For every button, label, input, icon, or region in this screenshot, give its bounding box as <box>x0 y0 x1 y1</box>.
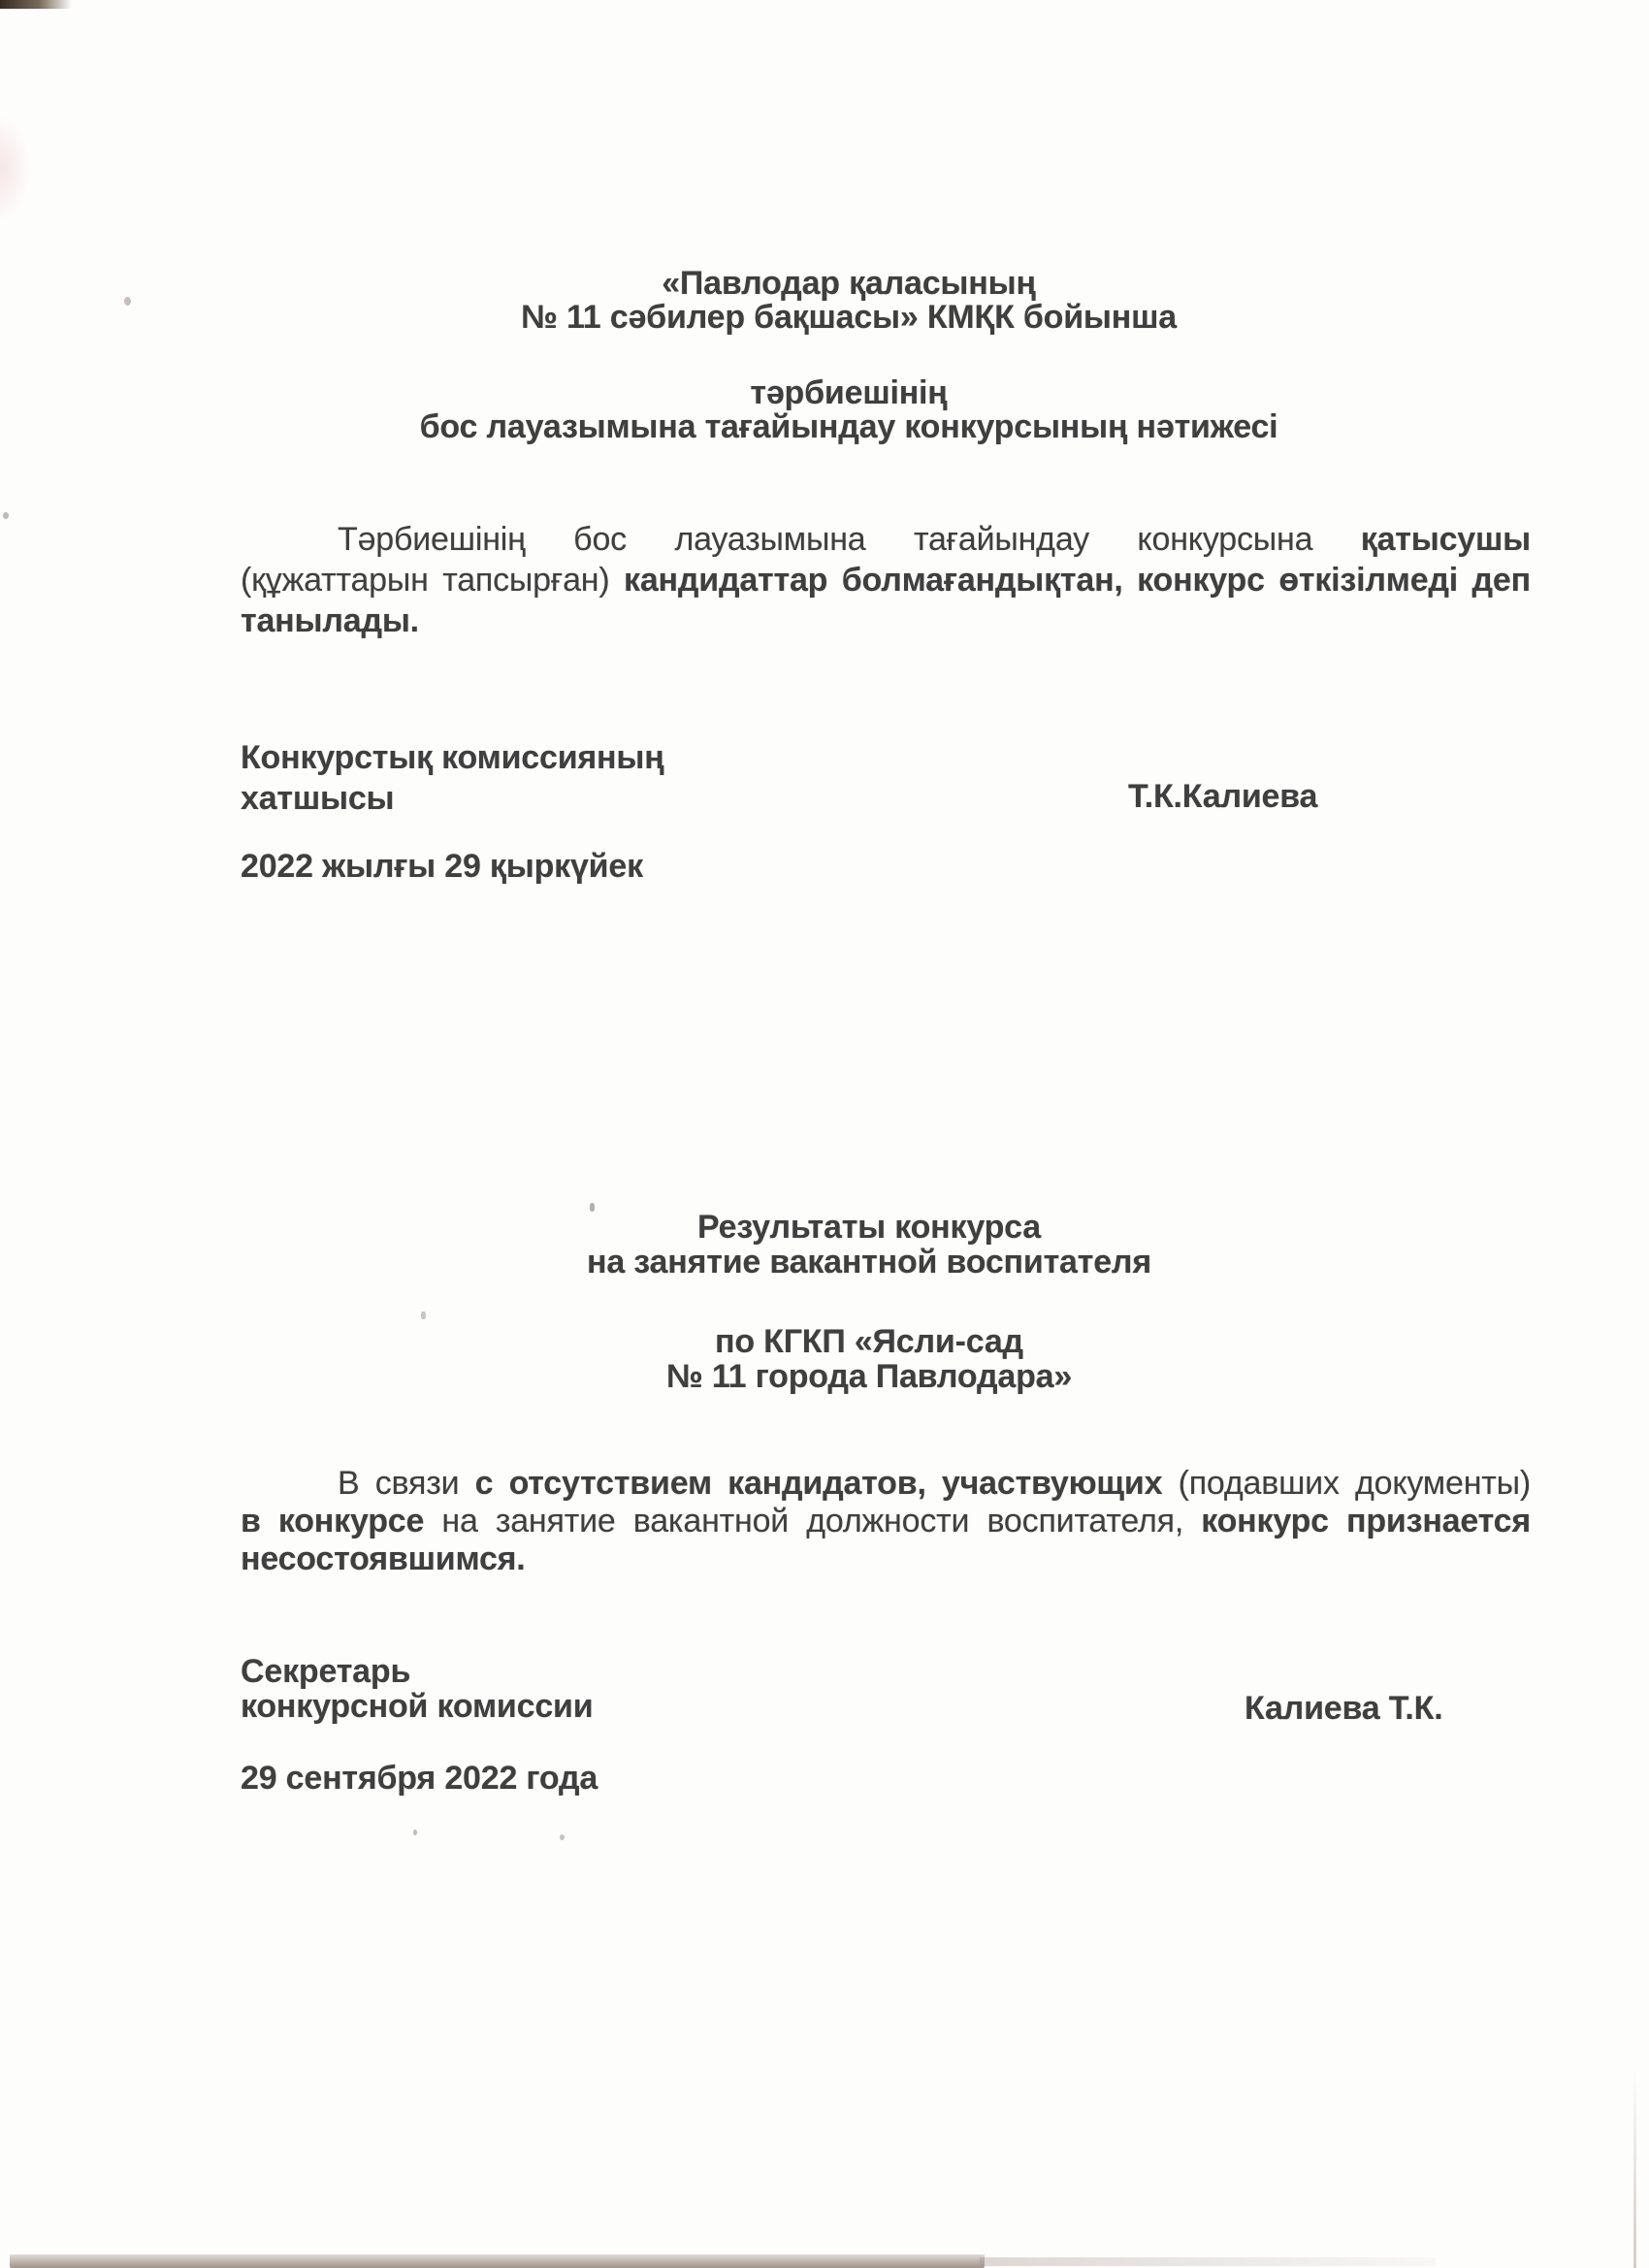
doc-date-ru: 29 сентября 2022 года <box>241 1761 598 1796</box>
text-segment: қатысушы <box>1361 521 1531 558</box>
text-segment: Тәрбиешінің бос лауазымына тағайындау ко… <box>338 521 1361 558</box>
signature-role-kk-line1: Конкурстық комиссияның <box>241 737 664 778</box>
scan-artifact-speck <box>124 297 131 306</box>
scan-artifact-speck <box>560 1834 565 1840</box>
doc-title-kk: тәрбиешінің бос лауазымына тағайындау ко… <box>209 376 1489 444</box>
scan-artifact-bottom-band-faint <box>980 2257 1436 2266</box>
scan-artifact-speck <box>413 1830 417 1835</box>
text-segment: с отсутствием кандидатов, участвующих <box>475 1465 1179 1502</box>
signature-role-ru-line2: конкурсной комиссии <box>241 1689 593 1724</box>
doc-subtitle-ru-line2: № 11 города Павлодара» <box>229 1359 1509 1394</box>
org-heading-kk-line2: № 11 сәбилер бақшасы» КМҚК бойынша <box>209 301 1489 335</box>
scan-artifact-top-left-strip <box>0 0 72 9</box>
text-segment: на занятие вакантной должности воспитате… <box>441 1503 1201 1539</box>
body-paragraph-kk: Тәрбиешінің бос лауазымына тағайындау ко… <box>241 519 1531 641</box>
body-ru-line3: несостоявшимся. <box>241 1540 1531 1578</box>
body-kk-line3: танылады. <box>241 600 1531 641</box>
signature-role-kk-line2: хатшысы <box>241 778 664 819</box>
scanned-document-page: «Павлодар қаласының № 11 сәбилер бақшасы… <box>0 0 1649 2268</box>
scan-artifact-speck <box>421 1312 426 1319</box>
text-segment: (құжаттарын тапсырған) <box>241 562 624 599</box>
doc-date-kk: 2022 жылғы 29 қыркүйек <box>241 846 643 887</box>
signature-role-ru-line1: Секретарь <box>241 1654 593 1689</box>
text-segment: конкурс признается <box>1201 1503 1531 1539</box>
doc-title-ru: Результаты конкурса на занятие вакантной… <box>229 1210 1509 1280</box>
doc-title-kk-line1: тәрбиешінің <box>209 376 1489 410</box>
body-ru-line2: в конкурсе на занятие вакантной должност… <box>241 1503 1531 1540</box>
text-segment: В связи <box>338 1465 475 1502</box>
doc-subtitle-ru: по КГКП «Ясли-сад № 11 города Павлодара» <box>229 1324 1509 1394</box>
doc-title-ru-line1: Результаты конкурса <box>229 1210 1509 1245</box>
body-ru-line1: В связи с отсутствием кандидатов, участв… <box>241 1465 1531 1503</box>
scan-artifact-bottom-band <box>10 2254 985 2268</box>
text-segment: кандидаттар болмағандықтан, конкурс өткі… <box>624 562 1531 599</box>
text-segment: танылады. <box>241 602 419 639</box>
doc-subtitle-ru-line1: по КГКП «Ясли-сад <box>229 1324 1509 1359</box>
org-heading-kk-line1: «Павлодар қаласының <box>209 267 1489 301</box>
signature-role-ru: Секретарь конкурсной комиссии <box>241 1654 593 1724</box>
org-heading-kk: «Павлодар қаласының № 11 сәбилер бақшасы… <box>209 267 1489 335</box>
text-segment: в конкурсе <box>241 1503 441 1539</box>
scan-artifact-speck <box>3 512 9 519</box>
body-kk-line2: (құжаттарын тапсырған) кандидаттар болма… <box>241 560 1531 600</box>
signature-name-kk: Т.К.Калиева <box>1128 776 1317 817</box>
signature-role-kk: Конкурстық комиссияның хатшысы <box>241 737 664 819</box>
scan-artifact-pink-smudge <box>0 114 31 223</box>
body-paragraph-ru: В связи с отсутствием кандидатов, участв… <box>241 1465 1531 1578</box>
scan-artifact-right-edge-line <box>1633 2066 1636 2268</box>
doc-title-kk-line2: бос лауазымына тағайындау конкурсының нә… <box>209 410 1489 444</box>
doc-title-ru-line2: на занятие вакантной воспитателя <box>229 1245 1509 1280</box>
body-kk-line1: Тәрбиешінің бос лауазымына тағайындау ко… <box>241 519 1531 560</box>
text-segment: (подавших документы) <box>1179 1465 1531 1502</box>
signature-name-ru: Калиева Т.К. <box>1245 1691 1442 1726</box>
text-segment: несостоявшимся. <box>241 1540 526 1577</box>
